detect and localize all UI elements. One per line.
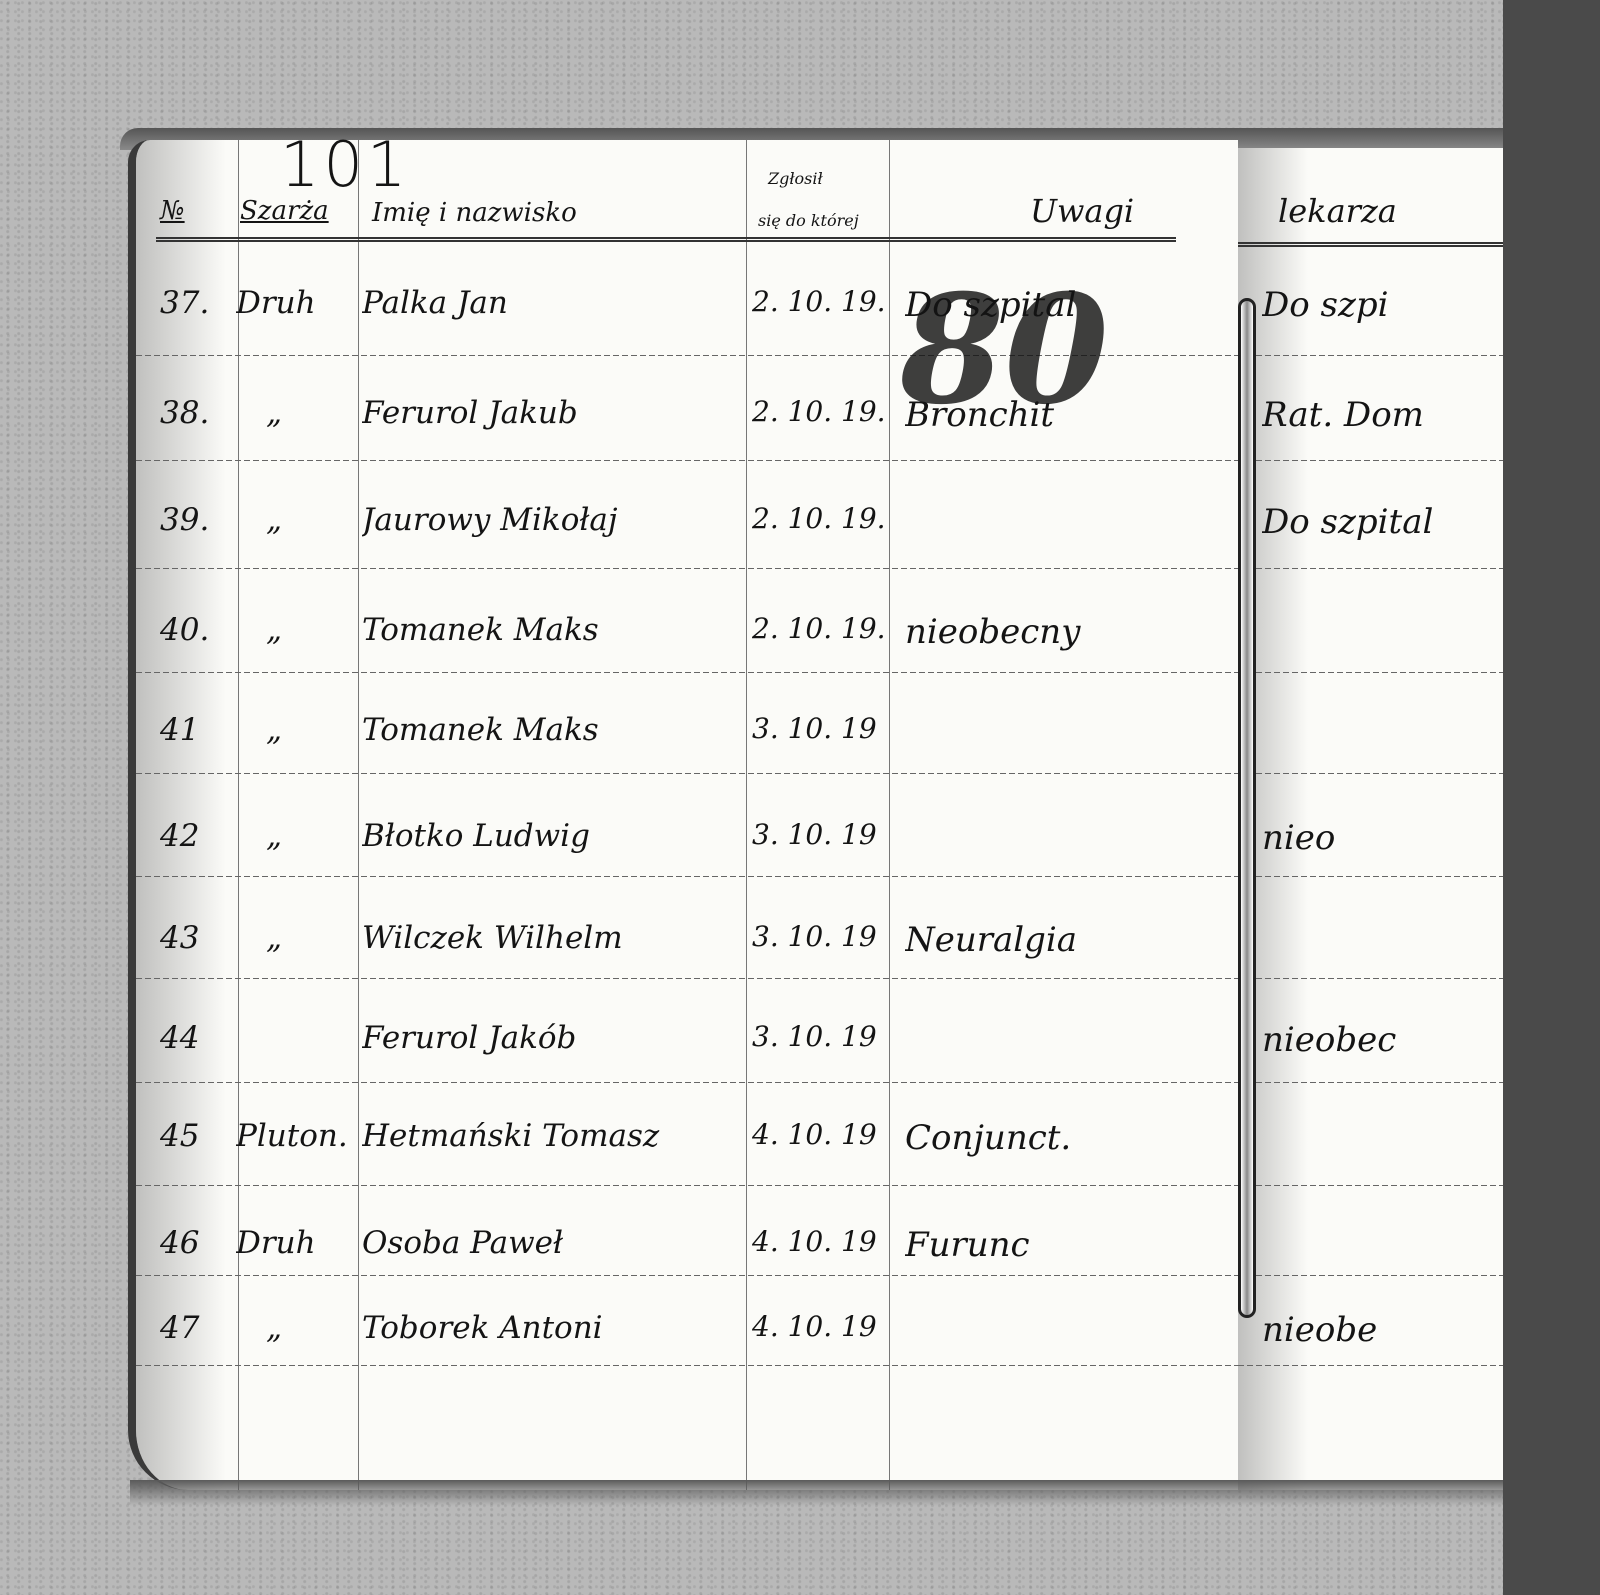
row-rank: Druh: [236, 285, 356, 321]
row-name: Osoba Paweł: [362, 1225, 742, 1261]
row-number: 46: [160, 1225, 240, 1261]
row-rule: [136, 460, 1238, 461]
row-number: 42: [160, 818, 240, 854]
row-name: Ferurol Jakób: [362, 1020, 742, 1056]
row-rule: [1238, 460, 1503, 461]
row-date: 2. 10. 19.: [752, 285, 887, 318]
header-date-line1: Zgłosił: [768, 170, 823, 188]
row-rule: [1238, 672, 1503, 673]
row-doctor: nieo: [1262, 818, 1502, 858]
row-rule: [136, 1275, 1238, 1276]
row-rule: [1238, 876, 1503, 877]
row-name: Palka Jan: [362, 285, 742, 321]
header-name: Imię i nazwisko: [372, 198, 577, 228]
row-number: 45: [160, 1118, 240, 1154]
row-remarks: Conjunct.: [905, 1118, 1185, 1158]
row-doctor: Do szpi: [1262, 285, 1502, 325]
row-number: 38.: [160, 395, 240, 431]
row-name: Hetmański Tomasz: [362, 1118, 742, 1154]
row-rule: [136, 978, 1238, 979]
column-divider: [358, 140, 359, 1490]
row-rule: [136, 1082, 1238, 1083]
stamp-number: 80: [900, 262, 1109, 438]
row-date: 2. 10. 19.: [752, 502, 887, 535]
row-date: 4. 10. 19: [752, 1118, 887, 1151]
row-rule: [136, 876, 1238, 877]
row-name: Tomanek Maks: [362, 612, 742, 648]
header-rule: [1238, 242, 1503, 247]
column-divider: [238, 140, 239, 1490]
row-date: 3. 10. 19: [752, 1020, 887, 1053]
header-rank: Szarża: [240, 196, 329, 226]
row-number: 39.: [160, 502, 240, 538]
row-date: 3. 10. 19: [752, 712, 887, 745]
row-date: 2. 10. 19.: [752, 612, 887, 645]
row-number: 41: [160, 712, 240, 748]
column-divider: [889, 140, 890, 1490]
row-rule: [136, 568, 1238, 569]
row-remarks: Neuralgia: [905, 920, 1185, 960]
row-name: Błotko Ludwig: [362, 818, 742, 854]
header-doctor: lekarza: [1278, 192, 1397, 230]
page-number: 101: [280, 128, 410, 201]
row-number: 47: [160, 1310, 240, 1346]
row-number: 40.: [160, 612, 240, 648]
row-rule: [1238, 355, 1503, 356]
row-number: 37.: [160, 285, 240, 321]
row-rule: [1238, 773, 1503, 774]
row-rule: [1238, 978, 1503, 979]
row-number: 44: [160, 1020, 240, 1056]
scanner-border: [1503, 0, 1600, 1595]
row-date: 4. 10. 19: [752, 1310, 887, 1343]
header-date-line2: się do której: [758, 212, 859, 230]
header-rule: [156, 237, 1176, 242]
row-remarks: Furunc: [905, 1225, 1185, 1265]
page-bottom-shadow: [130, 1480, 1503, 1506]
row-rule: [136, 672, 1238, 673]
header-remarks: Uwagi: [1030, 192, 1134, 230]
row-rule: [136, 1365, 1238, 1366]
row-remarks: nieobecny: [905, 612, 1185, 652]
row-doctor: nieobec: [1262, 1020, 1502, 1060]
row-rule: [136, 773, 1238, 774]
row-date: 3. 10. 19: [752, 818, 887, 851]
row-doctor: Do szpital: [1262, 502, 1502, 542]
row-number: 43: [160, 920, 240, 956]
row-date: 3. 10. 19: [752, 920, 887, 953]
row-name: Toborek Antoni: [362, 1310, 742, 1346]
row-name: Wilczek Wilhelm: [362, 920, 742, 956]
row-rank: Druh: [236, 1225, 356, 1261]
row-name: Ferurol Jakub: [362, 395, 742, 431]
binding-thread: [1238, 298, 1256, 1318]
row-rule: [1238, 1365, 1503, 1366]
row-rule: [136, 1185, 1238, 1186]
column-divider: [746, 140, 747, 1490]
row-rule: [1238, 1082, 1503, 1083]
row-date: 4. 10. 19: [752, 1225, 887, 1258]
row-name: Jaurowy Mikołaj: [362, 502, 742, 538]
row-doctor: Rat. Dom: [1262, 395, 1502, 435]
row-doctor: nieobe: [1262, 1310, 1502, 1350]
row-date: 2. 10. 19.: [752, 395, 887, 428]
row-name: Tomanek Maks: [362, 712, 742, 748]
row-rule: [1238, 568, 1503, 569]
row-rank: Pluton.: [236, 1118, 356, 1154]
header-number: №: [160, 196, 185, 226]
row-rule: [1238, 1185, 1503, 1186]
row-rule: [1238, 1275, 1503, 1276]
